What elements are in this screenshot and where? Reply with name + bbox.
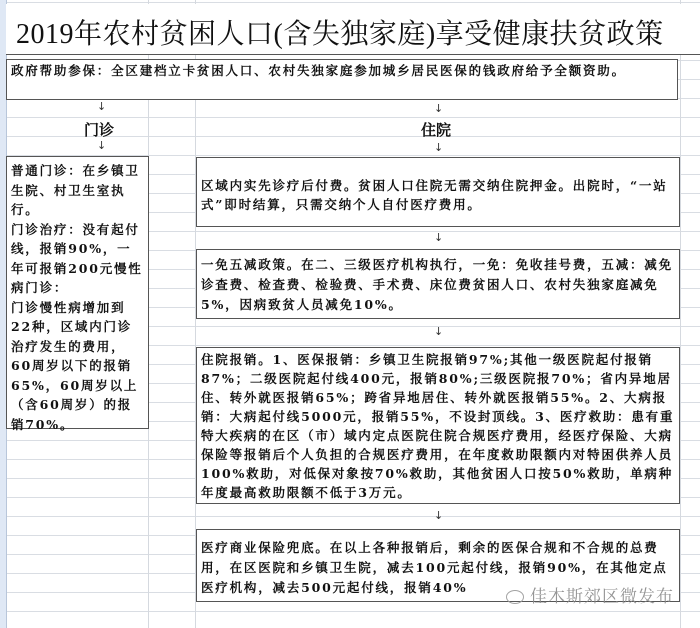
intro-box: 政府帮助参保：全区建档立卡贫困人口、农村失独家庭参加城乡居民医保的钱政府给予全额… <box>6 59 678 100</box>
arrow-down-icon: ↓ <box>434 142 443 154</box>
outpatient-general: 普通门诊：在乡镇卫生院、村卫生室执行。 <box>11 161 144 220</box>
outpatient-box: 普通门诊：在乡镇卫生院、村卫生室执行。 门诊治疗：没有起付线，报销90%，一年可… <box>6 156 149 429</box>
heading-inpatient: 住院 <box>421 119 451 140</box>
arrow-down-icon: ↓ <box>97 140 106 152</box>
title-row: 2019年农村贫困人口(含失独家庭)享受健康扶贫政策 <box>6 4 700 55</box>
arrow-down-icon: ↓ <box>434 103 443 115</box>
intro-text: 政府帮助参保：全区建档立卡贫困人口、农村失独家庭参加城乡居民医保的钱政府给予全额… <box>11 61 673 80</box>
step-text: 住院报销。1、医保报销：乡镇卫生院报销97%;其他一级医院起付报销87%；二级医… <box>201 350 675 502</box>
outpatient-chronic: 门诊慢性病增加到22种，区域内门诊治疗发生的费用，60周岁以下的报销65%，60… <box>11 298 144 435</box>
column-gridline <box>680 0 681 628</box>
arrow-down-icon: ↓ <box>434 510 443 522</box>
watermark: 佳木斯郊区微发布 <box>506 582 674 607</box>
page-title: 2019年农村贫困人口(含失独家庭)享受健康扶贫政策 <box>16 12 696 52</box>
outpatient-treatment: 门诊治疗：没有起付线，报销90%，一年可报销200元慢性病门诊： <box>11 220 144 298</box>
arrow-down-icon: ↓ <box>434 326 443 338</box>
watermark-text: 佳木斯郊区微发布 <box>530 587 674 607</box>
wechat-icon <box>506 590 524 604</box>
step-text: 区域内实先诊疗后付费。贫困人口住院无需交纳住院押金。出院时，“一站式”即时结算，… <box>201 176 675 214</box>
arrow-down-icon: ↓ <box>434 232 443 244</box>
heading-outpatient: 门诊 <box>84 119 114 140</box>
step-text: 一免五减政策。在二、三级医疗机构执行，一免：免收挂号费，五减：减免诊查费、检查费… <box>201 255 675 315</box>
arrow-down-icon: ↓ <box>97 101 106 113</box>
inpatient-step-reimbursement: 住院报销。1、医保报销：乡镇卫生院报销97%;其他一级医院起付报销87%；二级医… <box>196 347 680 504</box>
inpatient-step-prepay: 区域内实先诊疗后付费。贫困人口住院无需交纳住院押金。出院时，“一站式”即时结算，… <box>196 157 680 227</box>
inpatient-step-exemption: 一免五减政策。在二、三级医疗机构执行，一免：免收挂号费，五减：减免诊查费、检查费… <box>196 249 680 319</box>
